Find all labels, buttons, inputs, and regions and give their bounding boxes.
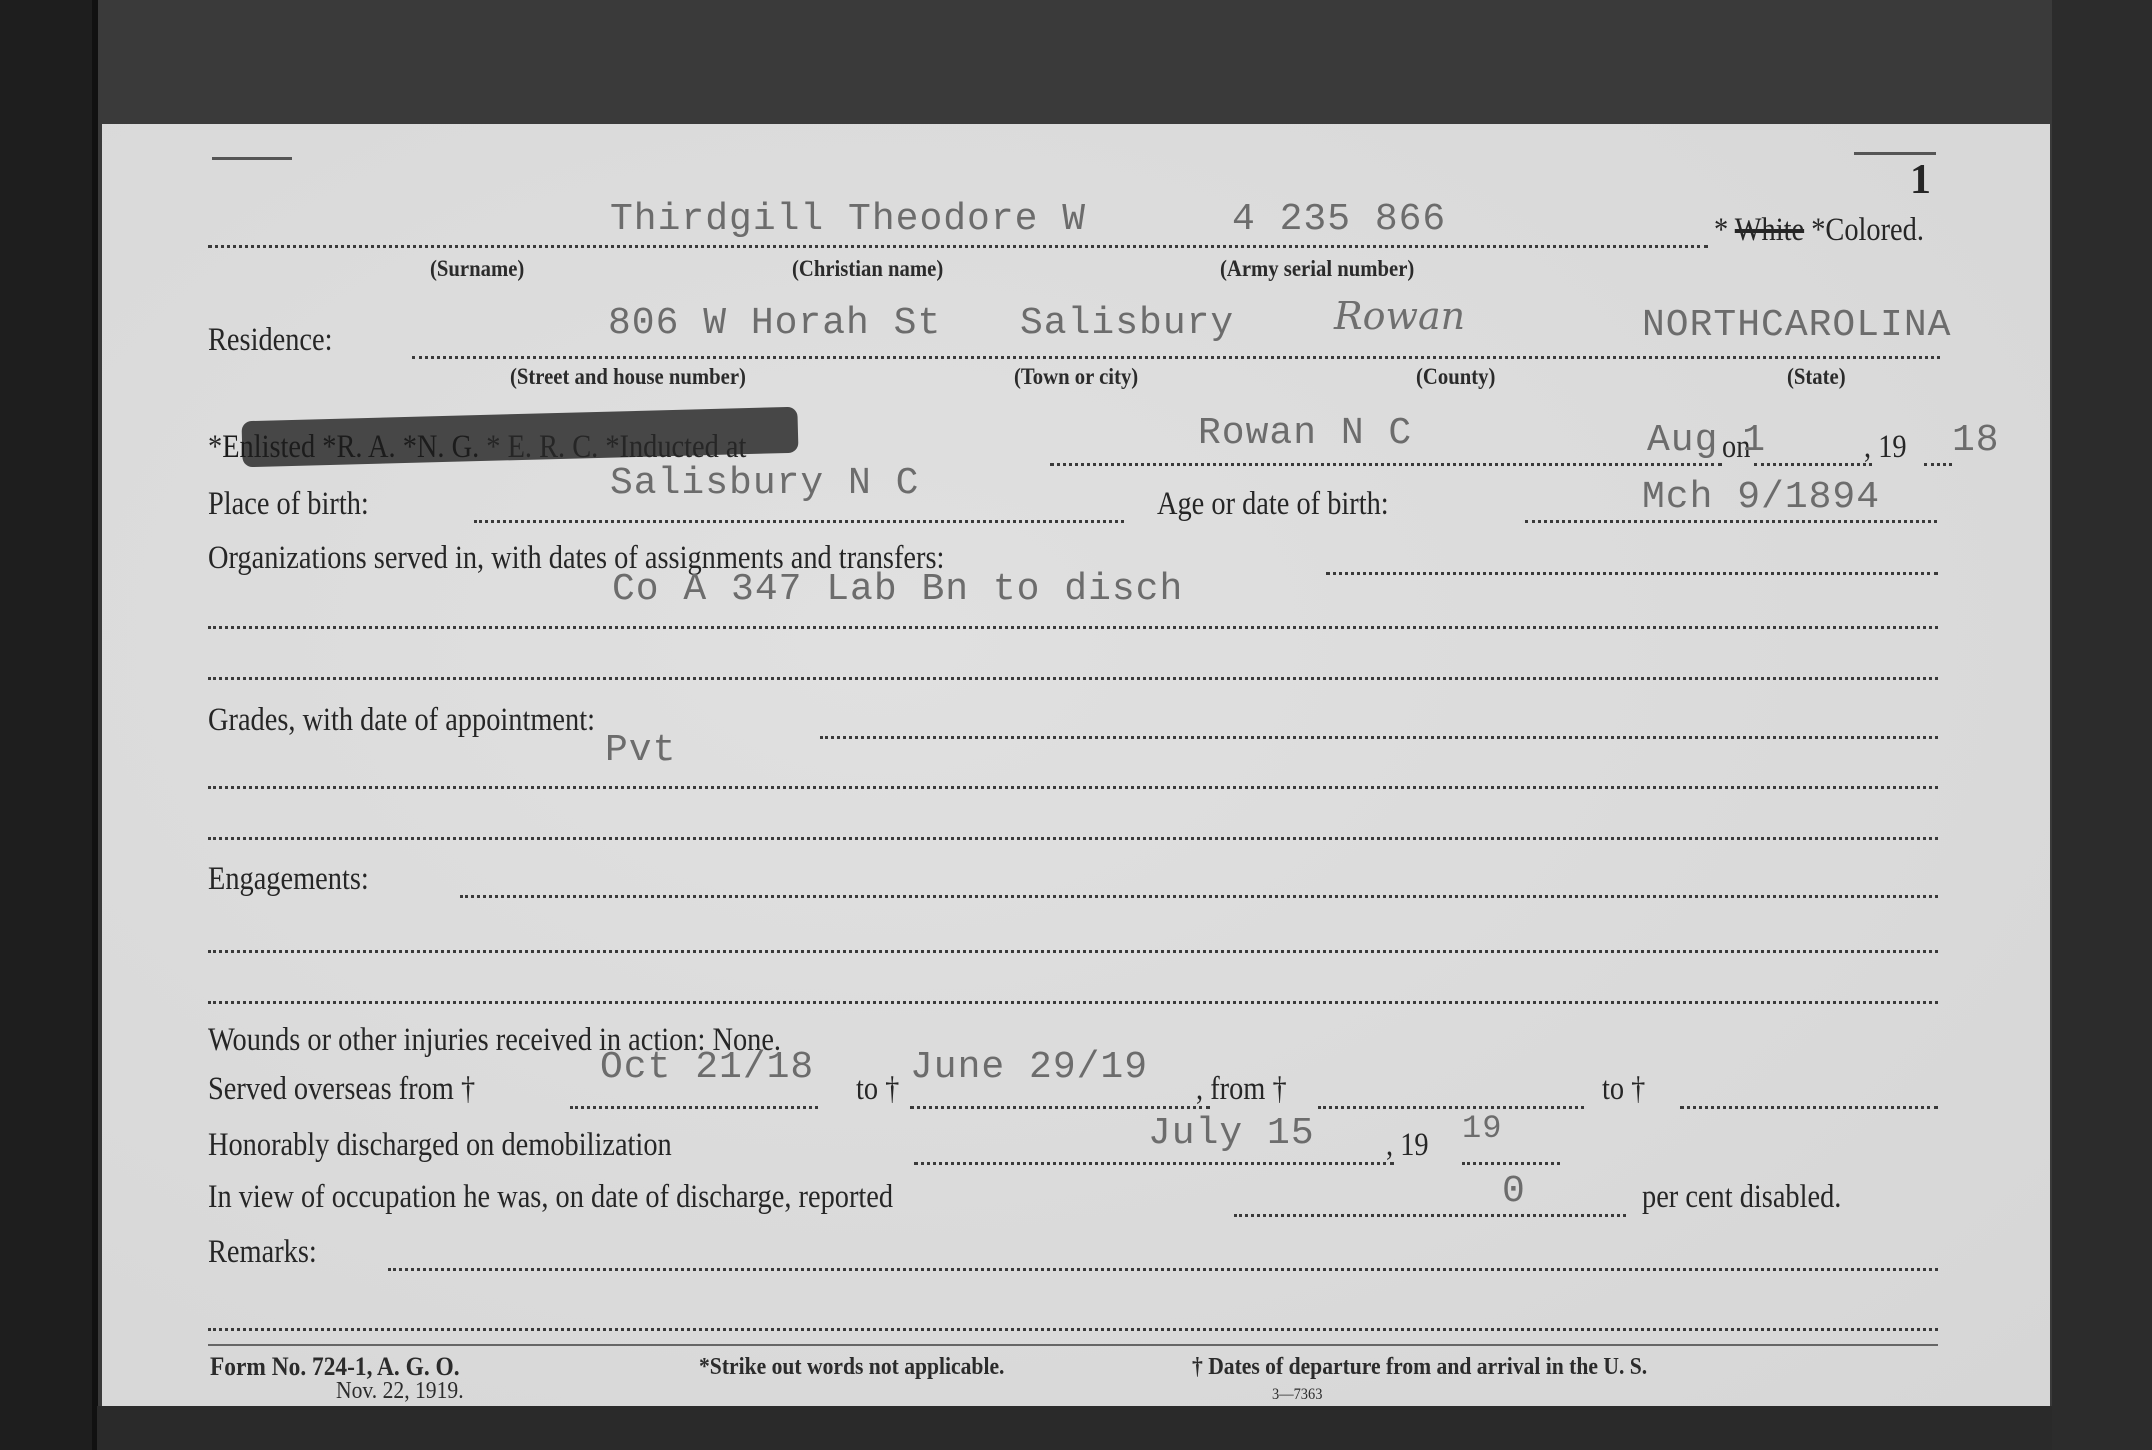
scan-border-bottom bbox=[97, 1406, 2052, 1450]
scan-border-left bbox=[0, 0, 97, 1450]
overseas-to2-line bbox=[1680, 1106, 1938, 1109]
induction-year-line bbox=[1924, 463, 1952, 466]
overseas-from-line bbox=[570, 1106, 818, 1109]
discharge-year-line bbox=[1462, 1162, 1560, 1165]
typed-serial-number: 4 235 866 bbox=[1232, 198, 1446, 241]
grades-line-1 bbox=[820, 736, 1938, 739]
overseas-label: Served overseas from † bbox=[208, 1071, 475, 1108]
organizations-line-2 bbox=[208, 626, 1938, 629]
discharge-year-prefix: , 19 bbox=[1386, 1127, 1429, 1164]
name-line bbox=[208, 245, 1708, 248]
top-right-rule bbox=[1854, 152, 1936, 155]
dagger-note: † Dates of departure from and arrival in… bbox=[1192, 1354, 1647, 1381]
disability-suffix: per cent disabled. bbox=[1642, 1179, 1841, 1216]
card-number: 1 bbox=[1910, 156, 1931, 204]
service-record-card: 1 Thirdgill Theodore W 4 235 866 * White… bbox=[102, 124, 2050, 1406]
residence-label: Residence: bbox=[208, 322, 333, 359]
typed-name: Thirdgill Theodore W bbox=[610, 198, 1086, 241]
place-of-birth-line bbox=[474, 520, 1124, 523]
top-left-rule bbox=[212, 157, 292, 160]
induction-date-line bbox=[1754, 463, 1872, 466]
induction-date: Aug 1 bbox=[1647, 419, 1766, 462]
discharge-date-line bbox=[914, 1162, 1394, 1165]
disability-value: 0 bbox=[1502, 1170, 1526, 1213]
state-caption: (State) bbox=[1787, 364, 1846, 390]
disability-label: In view of occupation he was, on date of… bbox=[208, 1179, 893, 1216]
overseas-from2-line bbox=[1318, 1106, 1584, 1109]
scan-border-right bbox=[2052, 0, 2152, 1450]
engagements-line-2 bbox=[208, 950, 1938, 953]
town-caption: (Town or city) bbox=[1014, 364, 1138, 390]
engagements-line-1 bbox=[460, 895, 1938, 898]
inducted-place: Rowan N C bbox=[1198, 412, 1412, 455]
organizations-line-3 bbox=[208, 677, 1938, 680]
typed-street: 806 W Horah St bbox=[608, 302, 941, 345]
surname-caption: (Surname) bbox=[430, 256, 524, 282]
typed-state: NORTHCAROLINA bbox=[1642, 304, 1951, 347]
county-caption: (County) bbox=[1416, 364, 1495, 390]
struck-enlistment-options: Enlisted *R. A. *N. G. bbox=[222, 429, 479, 465]
discharge-date: July 15 bbox=[1148, 1112, 1315, 1155]
overseas-from2-label: , from † bbox=[1196, 1071, 1287, 1108]
date-of-birth-line bbox=[1525, 520, 1937, 523]
print-code: 3—7363 bbox=[1272, 1386, 1322, 1404]
grades-line-2 bbox=[208, 786, 1938, 789]
discharge-year: 19 bbox=[1462, 1110, 1502, 1147]
date-of-birth-value: Mch 9/1894 bbox=[1642, 476, 1880, 519]
ERC-option: * E. R. C. bbox=[486, 429, 598, 465]
organizations-line-1 bbox=[1326, 572, 1938, 575]
overseas-from-date: Oct 21/18 bbox=[600, 1046, 814, 1089]
grades-line-3 bbox=[208, 837, 1938, 840]
place-of-birth-value: Salisbury N C bbox=[610, 462, 919, 505]
residence-line bbox=[412, 356, 1940, 359]
organizations-value: Co A 347 Lab Bn to disch bbox=[612, 568, 1183, 611]
induction-year: 18 bbox=[1952, 419, 2000, 462]
scan-border-left-edge bbox=[92, 0, 98, 1450]
inducted-line bbox=[1050, 463, 1722, 466]
grades-label: Grades, with date of appointment: bbox=[208, 702, 595, 739]
footer-rule bbox=[208, 1344, 1938, 1346]
overseas-to-line bbox=[910, 1106, 1210, 1109]
serial-number-caption: (Army serial number) bbox=[1220, 256, 1414, 282]
typed-town: Salisbury bbox=[1020, 302, 1234, 345]
race-white-struck: White bbox=[1735, 212, 1804, 248]
engagements-label: Engagements: bbox=[208, 861, 369, 898]
discharge-label: Honorably discharged on demobilization bbox=[208, 1127, 672, 1164]
place-of-birth-label: Place of birth: bbox=[208, 486, 369, 523]
grades-value: Pvt bbox=[605, 729, 676, 772]
remarks-line-1 bbox=[388, 1268, 1938, 1271]
remarks-label: Remarks: bbox=[208, 1234, 317, 1271]
inducted-label: *Inducted at bbox=[605, 429, 746, 465]
overseas-to2-label: to † bbox=[1602, 1071, 1645, 1108]
form-date: Nov. 22, 1919. bbox=[336, 1378, 464, 1405]
street-caption: (Street and house number) bbox=[510, 364, 746, 390]
strike-out-note: *Strike out words not applicable. bbox=[699, 1354, 1004, 1381]
remarks-line-2 bbox=[208, 1328, 1938, 1331]
disability-line bbox=[1234, 1214, 1626, 1217]
enlistment-options: *Enlisted *R. A. *N. G. * E. R. C. *Indu… bbox=[208, 429, 746, 466]
date-of-birth-label: Age or date of birth: bbox=[1157, 486, 1389, 523]
overseas-to-date: June 29/19 bbox=[910, 1046, 1148, 1089]
race-options: * White *Colored. bbox=[1714, 212, 1924, 249]
induction-year-prefix: , 19 bbox=[1864, 429, 1907, 466]
race-colored: Colored. bbox=[1825, 212, 1924, 248]
overseas-to-label: to † bbox=[856, 1071, 899, 1108]
engagements-line-3 bbox=[208, 1001, 1938, 1004]
christian-name-caption: (Christian name) bbox=[792, 256, 943, 282]
handwritten-county: Rowan bbox=[1334, 294, 1465, 338]
